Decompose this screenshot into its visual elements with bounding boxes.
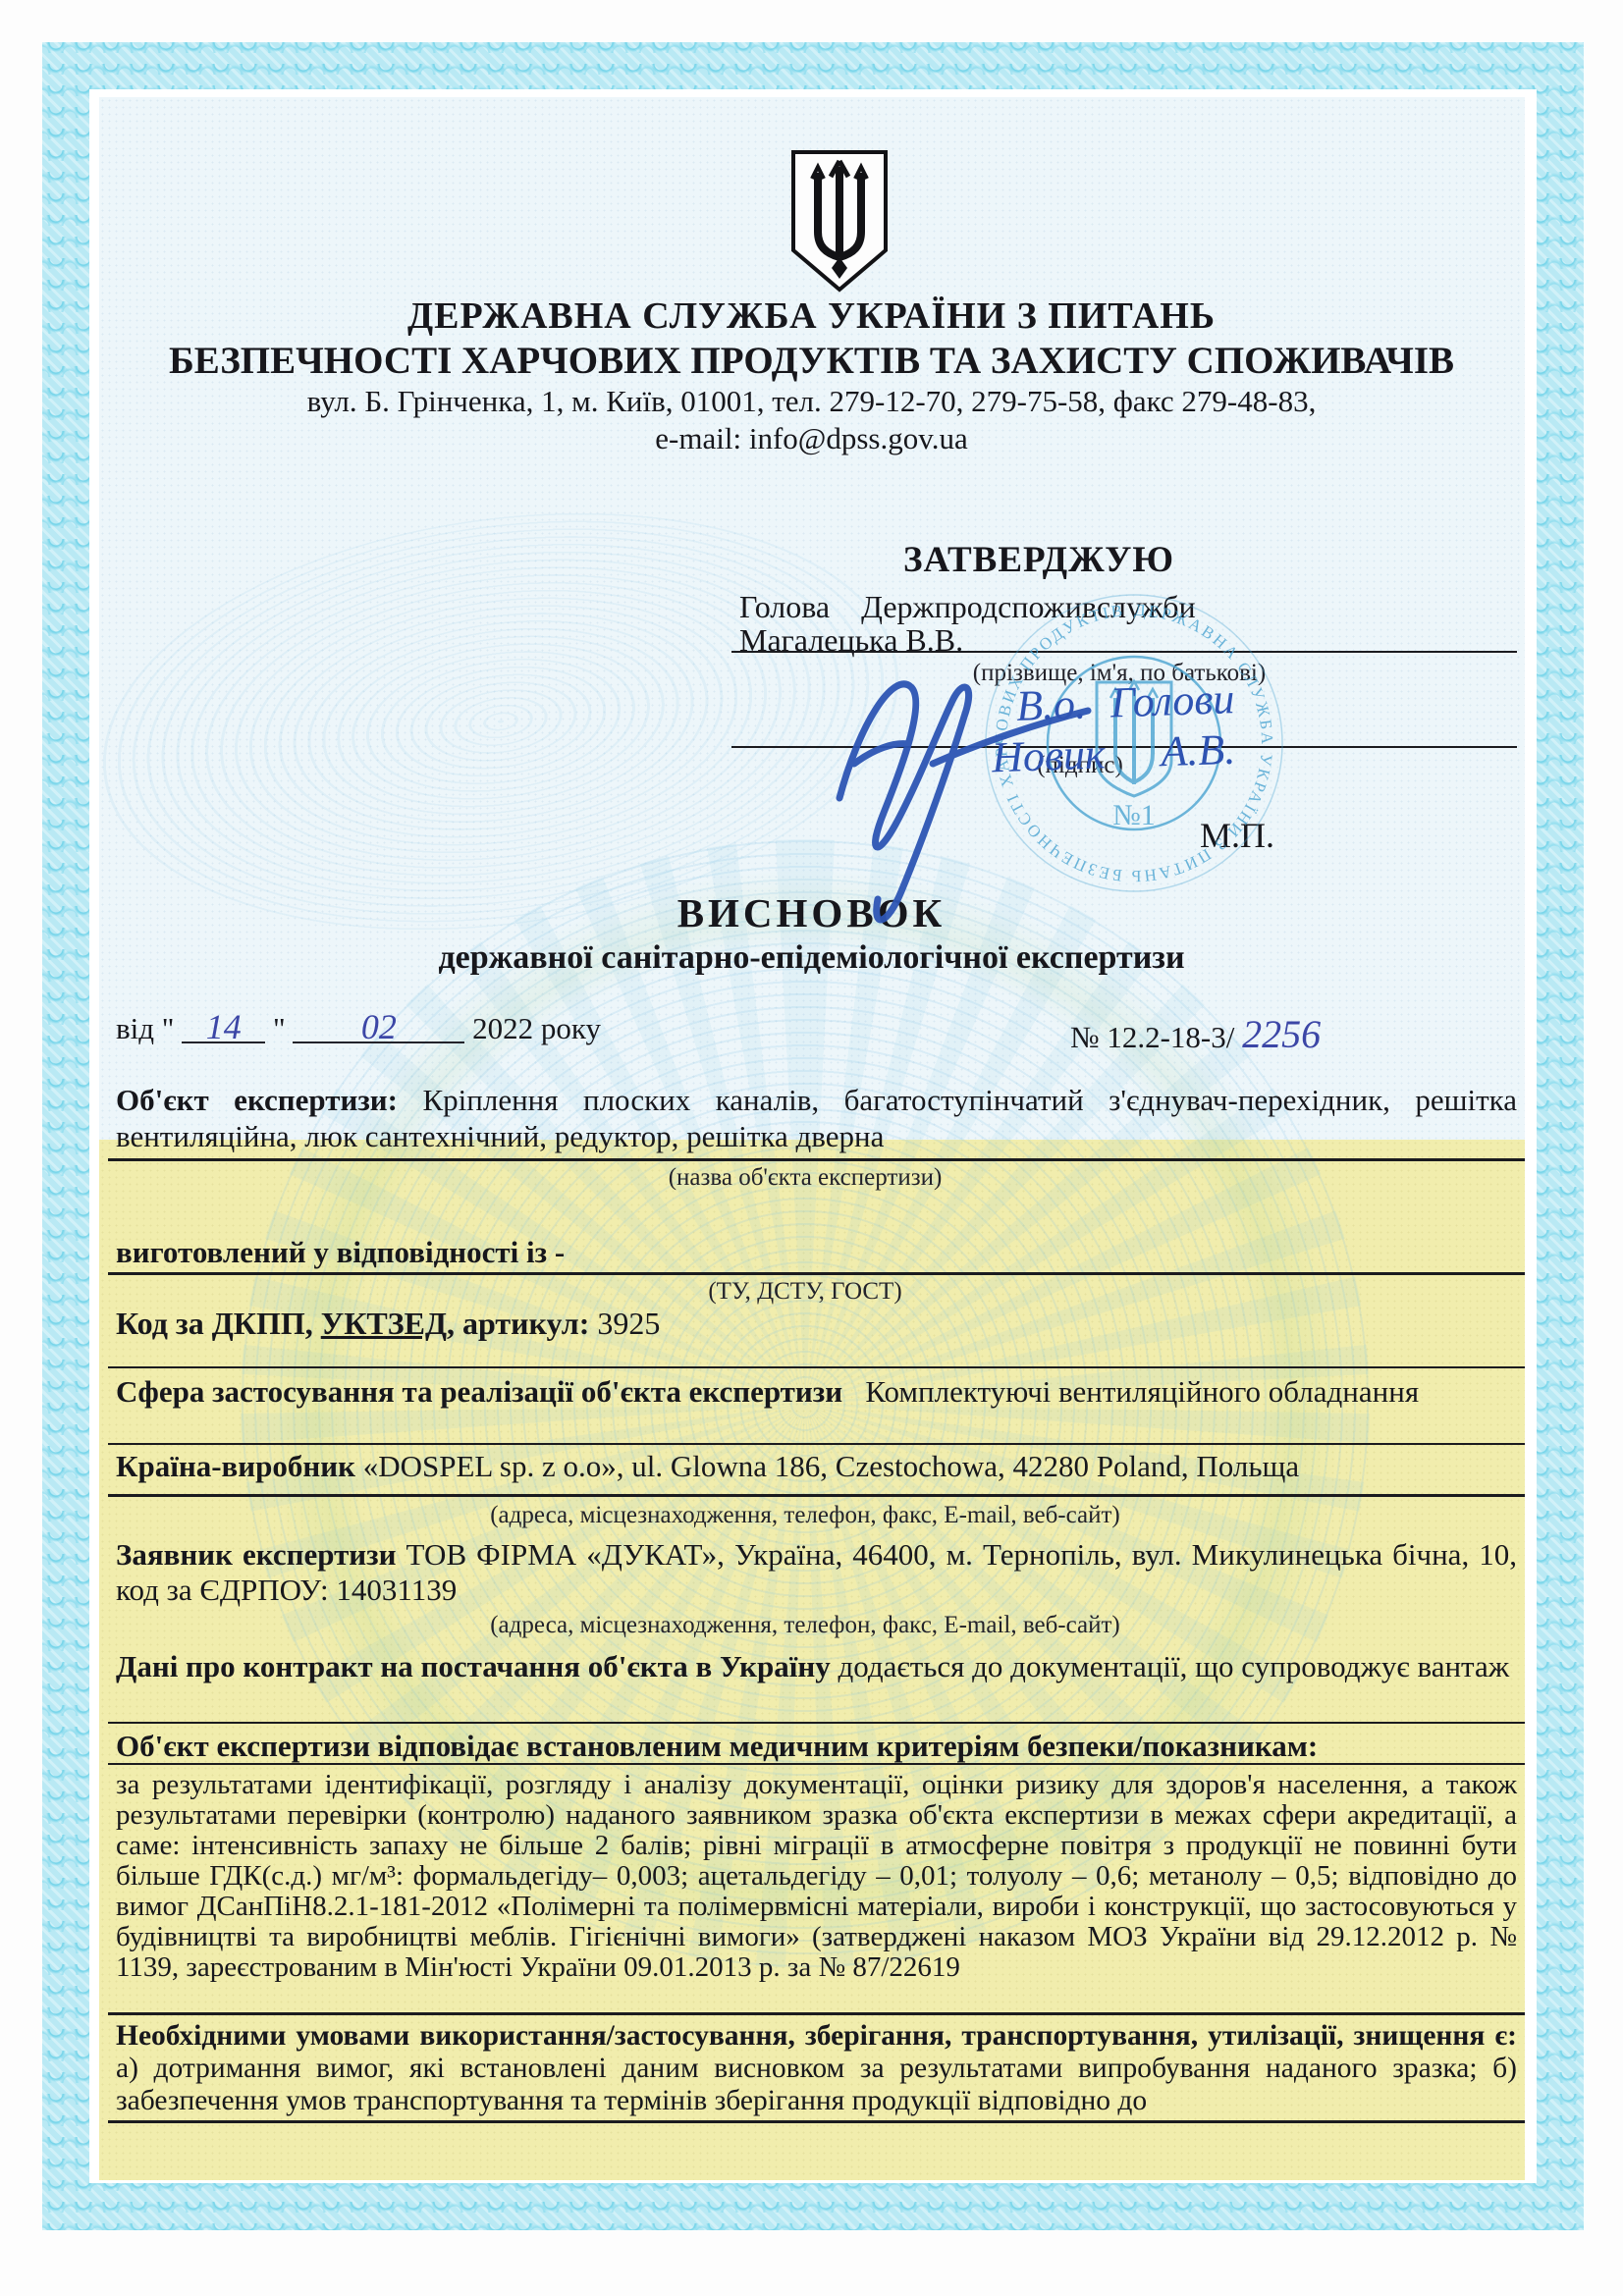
- contract-label: Дані про контракт на постачання об'єкта …: [116, 1649, 831, 1683]
- manufacturer-rule: [108, 1494, 1525, 1497]
- conformity-field: виготовлений у відповідності із -: [116, 1235, 565, 1270]
- code-rule: [108, 1366, 1525, 1368]
- org-email: e-mail: info@dpss.gov.ua: [0, 421, 1623, 456]
- conditions-normal-part: а) дотримання вимог, які встановлені дан…: [116, 2053, 1517, 2116]
- conformity-label: виготовлений у відповідності із: [116, 1235, 547, 1269]
- code-label-part1: Код за ДКПП,: [116, 1306, 321, 1341]
- manufacturer-field: Країна-виробник «DOSPEL sp. z o.o», ul. …: [116, 1449, 1517, 1484]
- criteria-bottom-rule: [108, 2012, 1525, 2015]
- approve-label: ЗАТВЕРДЖУЮ: [903, 539, 1174, 581]
- manufacturer-value: «DOSPEL sp. z o.o», ul. Glowna 186, Czes…: [363, 1449, 1299, 1483]
- object-rule: [108, 1158, 1525, 1161]
- handwritten-name: Новик А.В.: [991, 724, 1236, 783]
- object-caption: (назва об'єкта експертизи): [412, 1164, 1198, 1192]
- object-field: Об'єкт експертизи: Кріплення плоских кан…: [116, 1082, 1517, 1154]
- close-quote: ": [273, 1011, 286, 1045]
- code-label-underlined: УКТЗЕД: [321, 1306, 447, 1341]
- code-value: 3925: [597, 1306, 660, 1341]
- handwritten-month: 02: [293, 1012, 464, 1043]
- scope-label: Сфера застосування та реалізації об'єкта…: [116, 1374, 842, 1409]
- manufacturer-label: Країна-виробник: [116, 1449, 355, 1483]
- stamp-number: №1: [1112, 799, 1156, 831]
- handwritten-document-number: 2256: [1242, 1012, 1321, 1056]
- year-label: 2022 року: [472, 1011, 601, 1045]
- bottom-rule: [108, 2120, 1525, 2123]
- document-subtitle: державної санітарно-епідеміологічної екс…: [0, 939, 1623, 977]
- contract-field: Дані про контракт на постачання об'єкта …: [116, 1649, 1517, 1684]
- handwritten-position: В.о. Голови: [1015, 673, 1235, 731]
- scope-field: Сфера застосування та реалізації об'єкта…: [116, 1374, 1517, 1410]
- handwritten-day: 14: [182, 1012, 265, 1043]
- org-address: вул. Б. Грінченка, 1, м. Київ, 01001, те…: [0, 384, 1623, 419]
- manufacturer-caption: (адреса, місцезнаходження, телефон, факс…: [412, 1502, 1198, 1529]
- conformity-rule: [108, 1272, 1525, 1275]
- code-field: Код за ДКПП, УКТЗЕД, артикул: 3925: [116, 1306, 660, 1342]
- conformity-value: -: [555, 1235, 565, 1269]
- conditions-paragraph: Необхідними умовами використання/застосу…: [116, 2020, 1517, 2117]
- org-name-line1: ДЕРЖАВНА СЛУЖБА УКРАЇНИ З ПИТАНЬ: [0, 294, 1623, 338]
- trident-emblem-icon: [785, 147, 893, 294]
- scope-rule: [108, 1443, 1525, 1445]
- code-label-part2: , артикул:: [447, 1306, 589, 1341]
- criteria-heading: Об'єкт експертизи відповідає встановлени…: [116, 1729, 1318, 1764]
- conditions-bold-part: Необхідними умовами використання/застосу…: [116, 2020, 1517, 2052]
- open-quote: ": [162, 1011, 175, 1045]
- criteria-body: за результатами ідентифікації, розгляду …: [116, 1770, 1517, 1983]
- conformity-caption: (ТУ, ДСТУ, ГОСТ): [412, 1278, 1198, 1306]
- contract-rule: [108, 1722, 1525, 1724]
- contract-value: додається до документації, що супроводжу…: [838, 1649, 1509, 1683]
- document-number: № 12.2-18-3/ 2256: [1070, 1011, 1321, 1057]
- applicant-field: Заявник експертизи ТОВ ФІРМА «ДУКАТ», Ук…: [116, 1537, 1517, 1608]
- applicant-label: Заявник експертизи: [116, 1537, 396, 1572]
- document-title: ВИСНОВОК: [0, 889, 1623, 936]
- document-number-prefix: № 12.2-18-3/: [1070, 1020, 1234, 1054]
- date-from-label: від: [116, 1011, 154, 1045]
- scope-value: Комплектуючі вентиляційного обладнання: [865, 1374, 1419, 1409]
- dateline: від " 14 " 02 2022 року № 12.2-18-3/ 225…: [116, 1011, 1517, 1046]
- object-label: Об'єкт експертизи:: [116, 1083, 398, 1117]
- applicant-caption: (адреса, місцезнаходження, телефон, факс…: [412, 1612, 1198, 1639]
- org-name-line2: БЕЗПЕЧНОСТІ ХАРЧОВИХ ПРОДУКТІВ ТА ЗАХИСТ…: [0, 339, 1623, 383]
- scanned-certificate-page: ДЕРЖАВНА СЛУЖБА УКРАЇНИ З ПИТАНЬ БЕЗПЕЧН…: [0, 0, 1623, 2296]
